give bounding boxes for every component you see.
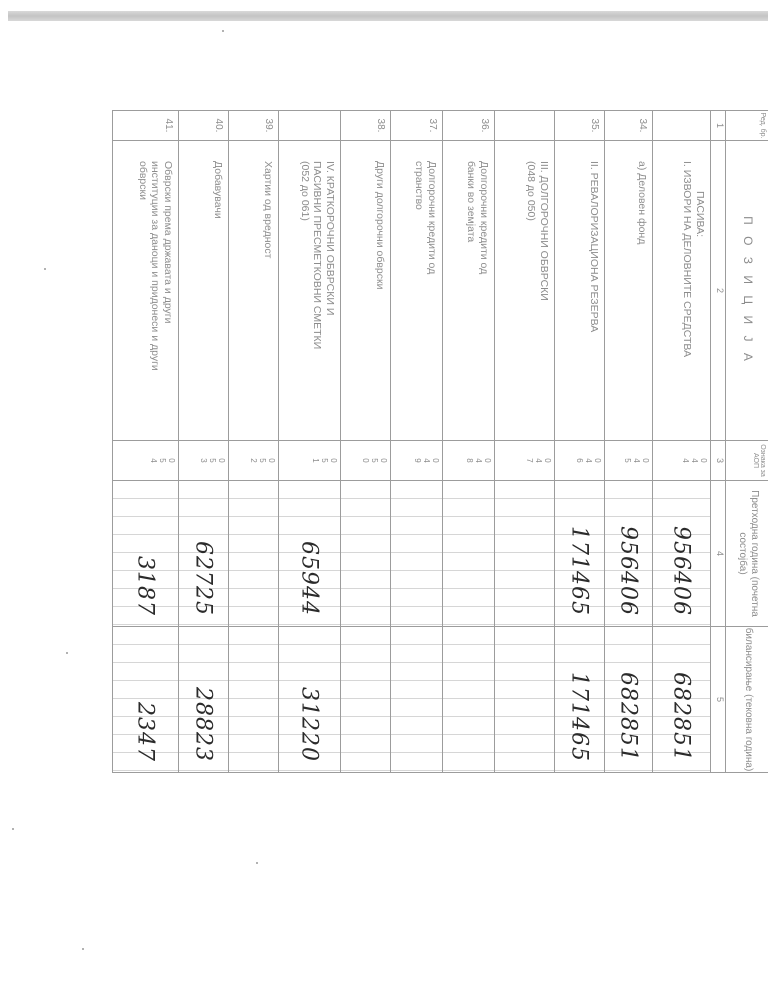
ruled-lines — [495, 481, 554, 626]
previous-year-value-cell[interactable] — [229, 481, 279, 627]
aop-digit: 4 — [149, 441, 158, 480]
aop-digit: 5 — [208, 441, 217, 480]
row-number: 38. — [341, 111, 391, 141]
position-label: III. ДОЛГОРОЧНИ ОБВРСКИ(048 до 050) — [495, 141, 555, 441]
ruled-lines — [443, 627, 494, 772]
aop-digit: 4 — [474, 441, 483, 480]
position-label: Обврски према државата и другиинституции… — [113, 141, 179, 441]
ruled-lines — [391, 481, 442, 626]
aop-digit: 3 — [199, 441, 208, 480]
aop-digit: 4 — [632, 441, 641, 480]
handwritten-current-value: 31220 — [297, 687, 322, 762]
previous-year-value-cell[interactable]: 956406 — [653, 481, 711, 627]
row-number: 41. — [113, 111, 179, 141]
row-number — [653, 111, 711, 141]
aop-digit: 4 — [534, 441, 543, 480]
table-row: 40.Добавувачи0536272528823 — [179, 111, 229, 773]
aop-digit: 0 — [379, 441, 388, 480]
previous-year-value-cell[interactable] — [443, 481, 495, 627]
handwritten-previous-value: 956406 — [669, 526, 694, 616]
position-line: (052 до 061) — [299, 147, 312, 434]
column-number: 5 — [711, 627, 726, 773]
ruled-lines — [341, 481, 390, 626]
current-year-value-cell[interactable]: 31220 — [279, 627, 341, 773]
ruled-lines — [443, 481, 494, 626]
row-number: 34. — [605, 111, 653, 141]
ruled-lines — [391, 627, 442, 772]
aop-digit: 4 — [584, 441, 593, 480]
aop-digit: 4 — [422, 441, 431, 480]
aop-code: 046 — [555, 441, 605, 481]
previous-year-value-cell[interactable] — [341, 481, 391, 627]
position-line: III. ДОЛГОРОЧНИ ОБВРСКИ — [538, 147, 551, 434]
table-row: 36.Долгорочни кредити одбанки во земјата… — [443, 111, 495, 773]
current-year-value-cell[interactable]: 28823 — [179, 627, 229, 773]
row-number: 35. — [555, 111, 605, 141]
column-number: 4 — [711, 481, 726, 627]
position-label: Хартии од вредност — [229, 141, 279, 441]
column-number-row: 1 2 3 4 5 — [711, 111, 726, 773]
previous-year-value-cell[interactable]: 3187 — [113, 481, 179, 627]
aop-digit: 5 — [320, 441, 329, 480]
row-number: 40. — [179, 111, 229, 141]
position-label: Долгорочни кредити одстранство — [391, 141, 443, 441]
table-row: 34.а) Деловен фонд045956406682851 — [605, 111, 653, 773]
handwritten-current-value: 682851 — [616, 672, 641, 762]
aop-code: 052 — [229, 441, 279, 481]
row-number-label: Ред. бр. — [759, 111, 768, 140]
table-row: IV. КРАТКОРОЧНИ ОБВРСКИ ИПАСИВНИ ПРЕСМЕТ… — [279, 111, 341, 773]
handwritten-current-value: 682851 — [669, 672, 694, 762]
aop-digit: 0 — [329, 441, 338, 480]
position-line: Долгорочни кредити од — [426, 147, 439, 434]
position-line: Добавувачи — [212, 147, 225, 434]
aop-digit: 0 — [699, 441, 708, 480]
position-label: ПАСИВА:I. ИЗВОРИ НА ДЕЛОВНИТЕ СРЕДСТВА — [653, 141, 711, 441]
aop-code: 053 — [179, 441, 229, 481]
aop-digit: 5 — [258, 441, 267, 480]
liabilities-table: Ред. бр. П О З И Ц И Ј А Ознака за АОП П… — [112, 110, 768, 773]
aop-digit: 6 — [575, 441, 584, 480]
position-line: Други долгорочни обврски — [374, 147, 387, 434]
row-number: 36. — [443, 111, 495, 141]
row-number: 39. — [229, 111, 279, 141]
handwritten-previous-value: 62725 — [191, 541, 216, 616]
position-line: ПАСИВНИ ПРЕСМЕТКОВНИ СМЕТКИ — [311, 147, 324, 434]
ruled-lines — [229, 481, 278, 626]
previous-year-value-cell[interactable] — [495, 481, 555, 627]
position-line: Хартии од вредност — [262, 147, 275, 434]
header-row-number: Ред. бр. — [726, 111, 768, 141]
position-line: Долгорочни кредити од — [478, 147, 491, 434]
row-number: 37. — [391, 111, 443, 141]
aop-digit: 7 — [525, 441, 534, 480]
position-line: II. РЕВАЛОРИЗАЦИОНА РЕЗЕРВА — [588, 147, 601, 434]
scan-speck — [12, 828, 14, 830]
aop-code: 044 — [653, 441, 711, 481]
aop-digit: 5 — [623, 441, 632, 480]
aop-code: 050 — [341, 441, 391, 481]
position-line: банки во земјата — [465, 147, 478, 434]
aop-code: 045 — [605, 441, 653, 481]
current-year-value-cell[interactable] — [229, 627, 279, 773]
handwritten-previous-value: 956406 — [616, 526, 641, 616]
aop-digit: 8 — [465, 441, 474, 480]
row-number — [495, 111, 555, 141]
previous-year-value-cell[interactable]: 956406 — [605, 481, 653, 627]
aop-digit: 4 — [681, 441, 690, 480]
aop-digit: 4 — [690, 441, 699, 480]
aop-digit: 0 — [641, 441, 650, 480]
table-header-row: Ред. бр. П О З И Ц И Ј А Ознака за АОП П… — [726, 111, 768, 773]
table-row: 37.Долгорочни кредити одстранство049 — [391, 111, 443, 773]
handwritten-previous-value: 65944 — [297, 541, 322, 616]
header-position: П О З И Ц И Ј А — [726, 141, 768, 441]
table-row: 35.II. РЕВАЛОРИЗАЦИОНА РЕЗЕРВА0461714651… — [555, 111, 605, 773]
position-line: Обврски према државата и други — [162, 147, 175, 434]
aop-digit: 0 — [483, 441, 492, 480]
column-number: 2 — [711, 141, 726, 441]
aop-code: 049 — [391, 441, 443, 481]
position-label: IV. КРАТКОРОЧНИ ОБВРСКИ ИПАСИВНИ ПРЕСМЕТ… — [279, 141, 341, 441]
current-year-value-cell[interactable] — [443, 627, 495, 773]
aop-digit: 0 — [167, 441, 176, 480]
current-year-value-cell[interactable] — [391, 627, 443, 773]
table-row: 39.Хартии од вредност052 — [229, 111, 279, 773]
handwritten-previous-value: 171465 — [567, 526, 592, 616]
aop-digit: 0 — [267, 441, 276, 480]
position-line: обврски — [137, 147, 150, 434]
aop-digit: 0 — [361, 441, 370, 480]
current-year-value-cell[interactable]: 682851 — [605, 627, 653, 773]
table-row: III. ДОЛГОРОЧНИ ОБВРСКИ(048 до 050)047 — [495, 111, 555, 773]
position-line: а) Деловен фонд — [636, 147, 649, 434]
previous-year-value-cell[interactable]: 65944 — [279, 481, 341, 627]
aop-label: Ознака за АОП — [752, 441, 768, 480]
previous-year-value-cell[interactable] — [391, 481, 443, 627]
position-line: странство — [413, 147, 426, 434]
aop-digit: 5 — [370, 441, 379, 480]
header-current-year: билансирање (тековна година) — [726, 627, 768, 773]
position-line: (048 до 050) — [525, 147, 538, 434]
scanner-edge-strip — [8, 11, 768, 21]
position-line: IV. КРАТКОРОЧНИ ОБВРСКИ И — [324, 147, 337, 434]
position-line: ПАСИВА: — [694, 147, 707, 434]
position-label: Други долгорочни обврски — [341, 141, 391, 441]
table-row: ПАСИВА:I. ИЗВОРИ НА ДЕЛОВНИТЕ СРЕДСТВА04… — [653, 111, 711, 773]
aop-digit: 5 — [158, 441, 167, 480]
position-label: Долгорочни кредити одбанки во земјата — [443, 141, 495, 441]
handwritten-current-value: 171465 — [567, 672, 592, 762]
aop-digit: 9 — [413, 441, 422, 480]
scan-speck — [66, 652, 68, 654]
aop-digit: 0 — [431, 441, 440, 480]
handwritten-current-value: 28823 — [191, 687, 216, 762]
ruled-lines — [341, 627, 390, 772]
position-label: а) Деловен фонд — [605, 141, 653, 441]
header-previous-year: Претходна година (почетна состојба) — [726, 481, 768, 627]
aop-digit: 0 — [217, 441, 226, 480]
column-number: 1 — [711, 111, 726, 141]
handwritten-current-value: 2347 — [133, 702, 158, 762]
ruled-lines — [229, 627, 278, 772]
aop-digit: 1 — [311, 441, 320, 480]
aop-digit: 0 — [543, 441, 552, 480]
aop-code: 048 — [443, 441, 495, 481]
table-row: 38.Други долгорочни обврски050 — [341, 111, 391, 773]
scan-speck — [256, 862, 258, 864]
handwritten-previous-value: 3187 — [133, 556, 158, 616]
aop-code: 054 — [113, 441, 179, 481]
scan-speck — [82, 948, 84, 950]
current-year-value-cell[interactable]: 171465 — [555, 627, 605, 773]
balance-sheet-liabilities-form: Ред. бр. П О З И Ц И Ј А Ознака за АОП П… — [163, 110, 768, 772]
position-line: I. ИЗВОРИ НА ДЕЛОВНИТЕ СРЕДСТВА — [681, 147, 694, 434]
aop-digit: 0 — [593, 441, 602, 480]
scan-speck — [222, 30, 224, 32]
table-row: 41.Обврски према државата и другиинститу… — [113, 111, 179, 773]
previous-year-value-cell[interactable]: 171465 — [555, 481, 605, 627]
header-aop: Ознака за АОП — [726, 441, 768, 481]
current-year-value-cell[interactable]: 682851 — [653, 627, 711, 773]
current-year-value-cell[interactable]: 2347 — [113, 627, 179, 773]
current-year-value-cell[interactable] — [495, 627, 555, 773]
ruled-lines — [495, 627, 554, 772]
position-label: Добавувачи — [179, 141, 229, 441]
aop-code: 047 — [495, 441, 555, 481]
scan-speck — [44, 268, 46, 270]
position-line: институции за даноци и придонеси и други — [149, 147, 162, 434]
row-number — [279, 111, 341, 141]
position-label: II. РЕВАЛОРИЗАЦИОНА РЕЗЕРВА — [555, 141, 605, 441]
previous-year-value-cell[interactable]: 62725 — [179, 481, 229, 627]
current-year-value-cell[interactable] — [341, 627, 391, 773]
aop-code: 051 — [279, 441, 341, 481]
column-number: 3 — [711, 441, 726, 481]
aop-digit: 2 — [249, 441, 258, 480]
